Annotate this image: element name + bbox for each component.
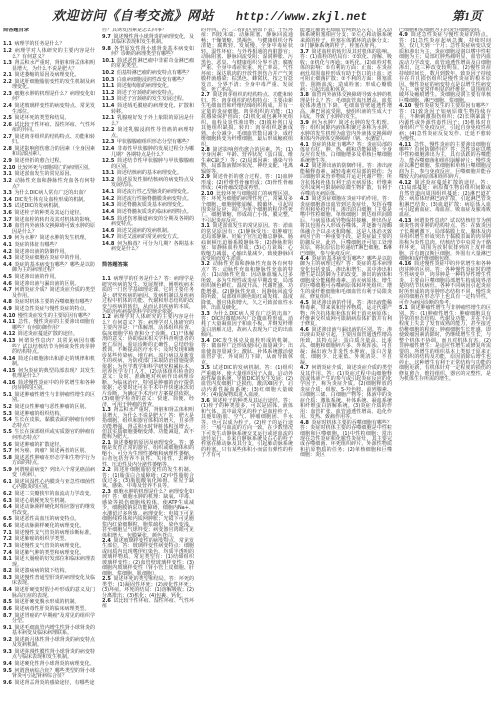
catalog-question-item: 3.8 血管内外液体交换障碍可致水肿的原因是什么？	[3, 224, 95, 235]
answer-paragraph: 4.9 简述急性炎症与慢性炎症的特点。答：(1)急性炎症起病急骤，持续时间短，仅…	[399, 33, 491, 104]
catalog-question-item: 14.8 何为梅毒？可分为几期？各期基本病变是什么？	[102, 242, 194, 253]
catalog-question-item: 13.2 简述原发性肺结核病的病变特点及发展结局。	[102, 178, 194, 189]
document-page: 欢迎访问《自考交流》网站 http://www.zkjl.net 第1页 简答题…	[0, 0, 496, 702]
answer-paragraph: 4.2 简述渗出液的防御作用。答：渗出液能稀释毒素，减轻毒素对局部的损伤；为白细…	[300, 164, 392, 197]
answer-paragraph: 4.4 炎症的基本病变有哪些？哪些是以防御为主的病理过程？答：炎症的基本病理变化…	[300, 257, 392, 301]
catalog-question-item: 5.2 简述良性肿瘤与恶性肿瘤的区别。	[3, 405, 95, 410]
column-1-catalog: 简答题目录 1.1 病理学的任务是什么？1.2 病理学对人体研究的主要内容是什么…	[3, 28, 95, 690]
catalog-question-item: 9.3 简述弥漫性膜性肾小球肾炎的病变特点与临床表现和发生机制。	[3, 650, 95, 661]
catalog-question-item: 11.1 简述葡萄胎的病理变化。	[102, 84, 194, 89]
answer-paragraph: 4.1 炎症的体征有哪些？答：炎症局部的体征有红、肿、热、痛和功能障碍；全身反应…	[300, 143, 392, 165]
catalog-question-item: 2.4 简述玻璃样变性的病变特点、常见发生部位。	[3, 104, 95, 115]
catalog-question-item: 9.5 何谓肾病综合征？哪些类型的肾小球肾炎可引起肾病综合征？	[3, 669, 95, 680]
answer-paragraph: 5.1 简述肿瘤性增生与非肿瘤性增生的区别。答：(1)肿瘤性增生：肿瘤细胞具有异…	[399, 306, 491, 382]
answer-paragraph: 2.6 试比较干性坏疽、湿性坏疽、气性坏疽	[102, 599, 194, 610]
answer-paragraph: 2.4 简述玻璃样变性的病变特点、常见发生部位。答：玻璃样变性病变特点：细胞或间…	[102, 539, 194, 577]
answers-heading: 简答题答案	[102, 263, 194, 268]
catalog-question-item: 9.8 各型原发性肾小球肾炎基本病变如何？诊断的病理类型有哪些？	[102, 47, 194, 58]
catalog-question-item: 4.1 炎症的体征有哪些？	[3, 243, 95, 248]
catalog-question-item: 5.7 何为癌、肉瘤？简述两者的区别。	[3, 449, 95, 454]
answer-paragraph: 4.16 简述慢性炎症中的异常增生和各种肉芽肿的区别。答：各种慢性炎症时的增生性…	[399, 262, 491, 306]
site-title: 欢迎访问《自考交流》网站	[52, 5, 214, 24]
catalog-question-item: 2.5 简述坏死的类型和结局。	[3, 116, 95, 121]
answer-paragraph: 2.10 比较坏死与细胞凋亡的病理区别。答：坏死为细胞的病理性死亡，常累及多个细…	[201, 192, 293, 225]
catalog-question-item: 12.5 简述结节性甲状腺肿与甲状腺腺瘤的区别。	[102, 159, 194, 170]
catalog-question-item: 5.8 简述恶性肿瘤在形态学和生物学行为方面的特点。	[3, 456, 95, 467]
answer-paragraph: 3.3 为什么DIC病人常有广泛的出血？答：DIC时微循环内广泛微血栓形成，消耗…	[201, 312, 293, 339]
catalog-question-item: 9.7 简述慢性肾小球肾炎的病理变化，及其临床表现和发生机制。	[102, 35, 194, 46]
catalog-question-item: 12.1 乳腺癌好发于外上象限的原因是什么？	[102, 116, 194, 127]
catalog-question-item: 9.2 简述新月体性肾小球肾炎的病变特点及发病机制。	[3, 638, 95, 649]
answer-paragraph: 4.3 简述炎症细胞在炎症中的作用。答：炎症细胞游出血管到达炎症灶，发挥吞噬作用…	[300, 197, 392, 257]
catalog-question-item: 径？其诱发因素是怎么回事？	[102, 28, 194, 33]
catalog-question-item: 14.1 简述流行性乙型脑炎的病理变化。	[102, 190, 194, 195]
answer-paragraph: 3.5 试述DIC的发病机制。答：(1)组织严重破坏，使大量组织因子入血，启动外…	[201, 366, 293, 399]
answer-paragraph: 2.1 简述萎缩的原因及病理变化。答：萎缩是发育正常的器官、组织或细胞体积的缩小…	[102, 441, 194, 468]
catalog-question-item: 2.8 简述影响创伤愈合的因素（全身因素和局部因素）。	[3, 147, 95, 158]
catalog-question-item: 2.6 试比较干性坏疽、湿性坏疽、气性坏疽的异同。	[3, 123, 95, 134]
catalog-question-item: 8.7 简述胃癌的"早期癌"及常见的组织学分型。	[3, 614, 95, 625]
catalog-question-item: 12.2 简述乳腺浸润性导管癌的病理特点。	[102, 128, 194, 139]
answer-paragraph: 1.1 病理学的任务是什么？答：病理学是研究疾病的发生、发展规律，阐明疾病本质的…	[102, 277, 194, 315]
site-url: http://www.zkjl.net	[236, 11, 367, 24]
column-5-answers: 巴细胞和浆细胞为主的炎性细胞浸润。4.9 简述急性炎症与慢性炎症的特点。答：(1…	[399, 28, 491, 690]
catalog-question-item: 8.4 简述肝硬变时假小叶形成的意义及门脉高压症的表现。	[3, 588, 95, 599]
catalog-question-item: 8.6 简述病毒性肝炎的临床病理类型。	[3, 607, 95, 612]
answer-paragraph: 4.6 简述渗出液与漏出液的区别。答：渗出液由炎症引起，主要因血管通透性增高所致…	[300, 328, 392, 366]
answer-paragraph: 1.2 病理学对人体研究的主要内容是什么？有何意义？答：病理学对人体研究的主要内…	[102, 315, 194, 408]
column-3-answers: 的异同。答：三者的区别如下表：干性坏疽：四肢末端；动脉阻塞，静脉回流通畅；干燥皱…	[201, 28, 293, 690]
answer-paragraph: 2.8 简述影响创伤愈合的因素。答：(1)全身因素：年龄、营养状况（蛋白质、维生…	[201, 148, 293, 175]
answer-paragraph: 能通过肺泡毛细血管网到达左心，进入动脉系统阻塞相应分支；②左心和动脉系统来源的栓…	[300, 28, 392, 50]
catalog-question-item: 4.5 简述渗出液的作用。	[3, 275, 95, 280]
catalog-question-item: 2.3 细胞水肿的机理是什么？病理变化如何？	[3, 92, 95, 103]
catalog-question-item: 6.6 简述动脉粥样硬化的病理变化。	[3, 524, 95, 529]
catalog-question-item: 11.4 简述绒毛膜癌的病理变化、扩散和转移。	[102, 104, 194, 115]
catalog-question-item: 4.3 简述炎症细胞在炎症中的作用。	[3, 256, 95, 261]
answer-paragraph: 2.2 简述肝细胞脂肪变性的发生机制。答：(1)脂蛋白合成障碍；(2)中性脂肪合…	[102, 468, 194, 490]
catalog-question-item: 3.2 动脉性充血和静脉性充血各有何特点？	[3, 179, 95, 190]
catalog-question-item: 4.11 急性、慢性炎症的主要渗出细胞有哪些？有何防御作用？	[3, 320, 95, 331]
catalog-question-item: 5.1 简述肿瘤性增生与非肿瘤性增生的区别。	[3, 393, 95, 404]
catalog-question-item: 12.4 非毒性甲状腺肿的发展过程分为哪几期？各期特点是什么？	[102, 147, 194, 158]
catalog-question-item: 4.7 何谓炎症介质？简述炎症介质的类型及作用。	[3, 288, 95, 299]
answer-paragraph: 3.4 DIC发生休克及血栓形成的机制。答：微血栓广泛形成使回心血量减少；出血使…	[201, 339, 293, 366]
answers-block: 的异同。答：三者的区别如下表：干性坏疽：四肢末端；动脉阻塞，静脉回流通畅；干燥皱…	[201, 28, 293, 459]
page-body: 简答题目录 1.1 病理学的任务是什么？1.2 病理学对人体研究的主要内容是什么…	[0, 22, 496, 690]
catalog-question-item: 6.1 简述风湿性心内膜炎与亚急性细菌性心内膜炎的区别。	[3, 480, 95, 491]
catalog-question-item: 4.9 简述急性炎症与慢性炎症的特点。	[3, 307, 95, 312]
catalog-question-item: 8.1 简述大肠癌的好发部位和临床病理表现。	[3, 557, 95, 568]
answer-paragraph: 2.3 细胞水肿的机理是什么？病理变化如何？答：细胞水肿的机理：缺氧、中毒、感染…	[102, 490, 194, 539]
answer-paragraph: 3.2 动脉性充血和静脉性充血各有何特点？答：动脉性充血和静脉性充血的特点：(1…	[201, 262, 293, 311]
answer-paragraph: 4.13 何谓炎性息肉？试以结核结节为例谈炎性肉芽肿的结构特点。答：在致炎因子长…	[399, 219, 491, 263]
catalog-question-item: 14.5 简述伤寒肠道病变的分期及各期的病变特点。	[102, 217, 194, 228]
answer-paragraph: 4.12 简述炎症蔓延扩散的途径。答：(1)局部蔓延：病原微生物沿组织间隙或自然…	[399, 181, 491, 219]
catalog-question-item: 6.4 简述动脉粥样硬化时相应器官的继发性改变。	[3, 505, 95, 516]
catalog-question-item: 13.1 简述结核病的基本病理变化。	[102, 171, 194, 176]
catalog-question-item: 5.4 生长在皮肤、黏膜表面的肿瘤有何形态特点？	[3, 418, 95, 429]
catalog-question-item: 3.6 简述栓子的种类及其运行途径。	[3, 211, 95, 216]
catalog-question-list: 1.1 病理学的任务是什么？1.2 病理学对人体研究的主要内容是什么？有何意义？…	[3, 42, 95, 686]
catalog-question-item: 2.9 简述骨折的愈合过程。	[3, 159, 95, 164]
catalog-question-item: 4.13 何谓炎性息肉？其常见病因有哪些？试以结核结节为例谈炎性肉芽肿的结构特点…	[3, 339, 95, 355]
catalog-question-item: 14.4 简述脊髓灰质炎的临床病理特点。	[102, 210, 194, 215]
answer-paragraph: 4.10 慢性炎症发生的主要原因有哪些？答：(1)致炎因子如病原微生物持续存在，…	[399, 104, 491, 142]
catalog-question-item: 7.3 简述慢性支气管炎的病理变化。	[3, 544, 95, 549]
catalog-question-item: 5.5 生长在深部组织或实质器官的肿瘤有何形态特点？	[3, 430, 95, 441]
catalog-question-item: 5.9 何谓癌前病变？列出六个常见癌前病变（疾病）。	[3, 468, 95, 479]
catalog-question-item: 4.14 简述白细胞渗出和游走的规律和机制。	[3, 357, 95, 368]
catalog-question-item: 4.16 简述慢性炎症中的异常增生和各种肉芽肿的区别。	[3, 381, 95, 392]
catalog-question-item: 2.7 简述肉芽组织的结构特点、功能和转归。	[3, 135, 95, 146]
catalog-question-item: 9.4 简述硬化性肾小球肾炎的病理变化。	[3, 662, 95, 667]
catalog-question-item: 3.3 为什么DIC病人常有广泛的出血？	[3, 191, 95, 196]
answer-paragraph: 3.7 简述血栓的转归及其对机体的影响。答：(1)血栓的结局有：①软化、溶解、吸…	[300, 50, 392, 94]
catalog-heading: 简答题目录	[3, 28, 95, 33]
catalog-question-item: 6.2 简述二尖瓣狭窄的血流动力学改变。	[3, 492, 95, 497]
column-4-answers: 能通过肺泡毛细血管网到达左心，进入动脉系统阻塞相应分支；②左心和动脉系统来源的栓…	[300, 28, 392, 690]
catalog-question-item: 2.1 简述萎缩的原因及病理变化。	[3, 73, 95, 78]
answer-paragraph: 4.5 简述渗出液的作用。答：渗出液能稀释毒素，带来氧和营养物质，运走代谢产物；…	[300, 301, 392, 328]
answer-paragraph: 2.9 简述骨折的愈合过程。答：(1)血肿形成；(2)纤维性骨痂形成；(3)骨性…	[201, 175, 293, 191]
catalog-question-item: 14.3 简述脊髓灰质炎基本病理变化。	[102, 203, 194, 208]
page-header: 欢迎访问《自考交流》网站 http://www.zkjl.net 第1页	[0, 0, 496, 22]
answer-paragraph: 3.9 何为水肿？简述水肿的发生机理。答：组织间隙内液体积聚过多称为水肿。水肿的…	[300, 121, 392, 143]
catalog-question-item: 8.3 简述慢性普通型肝炎的病理变化及临床表现。	[3, 576, 95, 587]
answer-paragraph: 3.6 简述栓子的种类及其运行途径。答：(1)栓子的种类很多，可以是固体、液体和…	[201, 399, 293, 459]
answer-paragraph: 4.11 急性、慢性炎症的主要渗出细胞有哪些？有何防御作用？答：急性炎症以嗜中性…	[399, 143, 491, 181]
catalog-question-item: 8.5 简述肝硬变腹水形成的机制。	[3, 600, 95, 605]
catalog-question-item: 4.4 炎症的基本病变有哪些？哪些是以防御为主的病理过程？	[3, 263, 95, 274]
answer-paragraph: 4.7 何谓炎症介质，简述炎症介质的类型及其作用。答：(1)炎症过程中由细胞释放…	[300, 366, 392, 421]
catalog-question-item: 14.7 简述艾滋病的常见病变方式。	[102, 235, 194, 240]
answer-paragraph: 3.1 简述淤血发生的常见原因。答：淤血的常见原因有：(1)静脉受压：如肿瘤压迫…	[201, 224, 293, 262]
answers-block: 1.1 病理学的任务是什么？答：病理学是研究疾病的发生、发展规律，阐明疾病本质的…	[102, 277, 194, 610]
answers-block: 巴细胞和浆细胞为主的炎性细胞浸润。4.9 简述急性炎症与慢性炎症的特点。答：(1…	[399, 28, 491, 382]
column-2-catalog-and-answers: 径？其诱发因素是怎么回事？9.7 简述慢性肾小球肾炎的病理变化，及其临床表现和发…	[102, 28, 194, 690]
answer-paragraph: 4.8 炎症时机体主要的吞噬细胞有哪些？答：炎症时机体主要的吞噬细胞是中性粒细胞…	[300, 421, 392, 459]
catalog-question-item: 9.6 简述肾盂肾炎的感染途径，有哪些途	[3, 681, 95, 686]
catalog-question-item: 2.2 简述肝细胞脂肪变性的发生机制及病理变化。	[3, 80, 95, 91]
answer-paragraph: 3.8 血管内外液体交换障碍导致水肿的机理是什么？答：毛细血管血压增高，血浆胶体…	[300, 93, 392, 120]
answer-paragraph: 2.5 简述坏死的类型和结局。答：坏死的类型：(1)凝固性坏死；(2)液化性坏死…	[102, 577, 194, 599]
answer-paragraph: 2.7 简述肉芽组织的结构特点、功能和转归。答：肉芽组织的结构特点：主要由新生毛…	[201, 93, 293, 148]
catalog-question-item: 9.1 简述毛细血管内增生性肾小球肾炎的基本病变及临床病理联系。	[3, 626, 95, 637]
catalog-question-item: 4.15 何为炎症的典型局部表现？其发生机理是什么？	[3, 369, 95, 380]
page-number: 第1页	[452, 7, 482, 24]
catalog-question-item: 7.2 简述肺癌的组织学类型。	[3, 537, 95, 542]
catalog-question-item: 10.1 简述恶性淋巴瘤中非霍奇金淋巴瘤的常见类型。	[102, 59, 194, 70]
answer-paragraph: 1.3 肾盂积水严重时，肾脏和肾盂体积明显增大，为什么不说是肥大？答：肥大是指细…	[102, 408, 194, 441]
answer-paragraph: 的异同。答：三者的区别如下表：干性坏疽：四肢末端；动脉阻塞，静脉回流通畅；干燥皱…	[201, 28, 293, 93]
catalog-question-item: 10.2 伯基特淋巴瘤的病变特点有哪些？	[102, 71, 194, 76]
catalog-question-item: 1.2 病理学对人体研究的主要内容是什么？有何意义？	[3, 49, 95, 60]
answers-block: 能通过肺泡毛细血管网到达左心，进入动脉系统阻塞相应分支；②左心和动脉系统来源的栓…	[300, 28, 392, 459]
catalog-question-item: 1.3 肾盂积水严重时，肾脏和肾盂体积明显增大，为什么不说是肥大？	[3, 61, 95, 72]
catalog-question-list-continued: 径？其诱发因素是怎么回事？9.7 简述慢性肾小球肾炎的病理变化，及其临床表现和发…	[102, 28, 194, 253]
